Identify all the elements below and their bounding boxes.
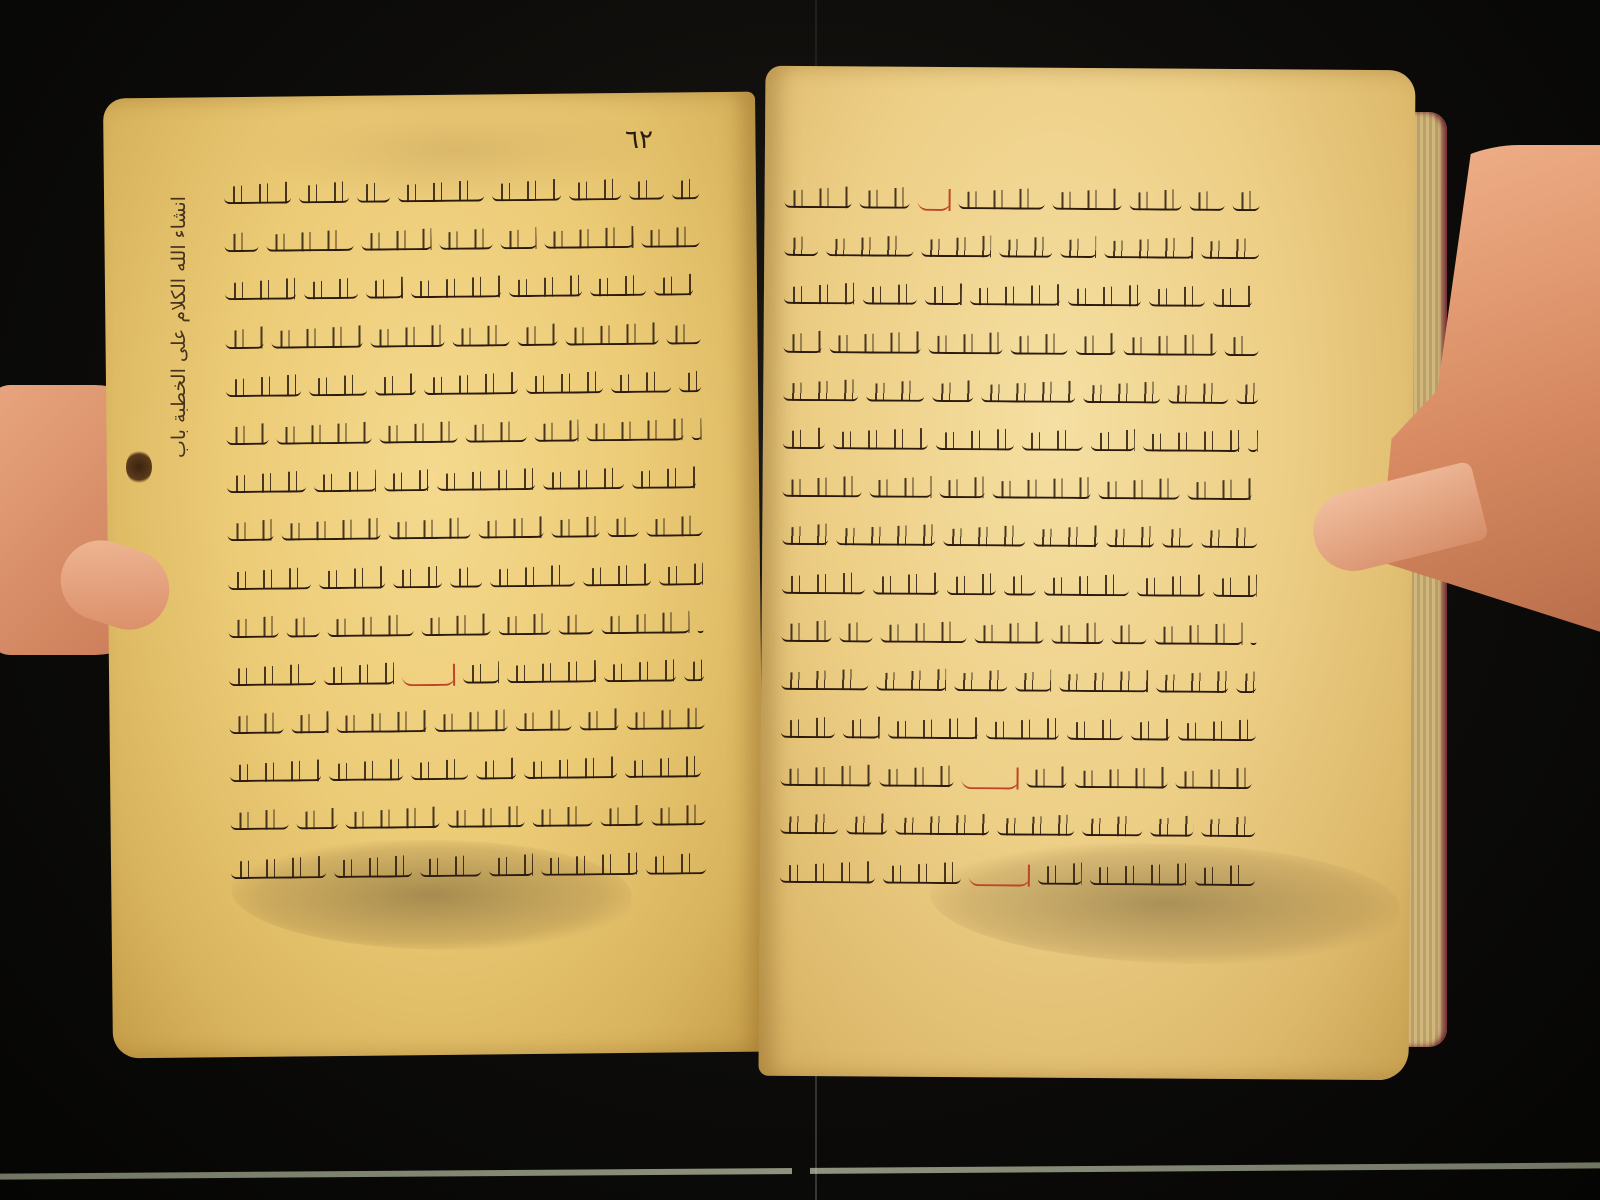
ink-word [830,337,921,354]
ink-word [826,240,913,257]
ink-word [1082,820,1142,836]
ink-word [286,621,319,637]
ink-word [888,723,978,740]
ink-word [1213,291,1252,307]
ink-word [375,379,416,395]
red-rubric-word [969,872,1030,886]
ink-word [227,525,273,541]
ink-blot [126,450,152,484]
ink-word [1068,290,1141,307]
ink-word [947,579,996,595]
manuscript-line [224,215,704,266]
ink-word [309,379,367,396]
manuscript-line [781,658,1261,707]
ink-word [314,476,376,493]
ink-word [551,522,599,539]
ink-word [1059,676,1148,693]
ink-word [398,185,484,202]
ink-word [463,667,499,683]
ink-word [626,713,704,730]
ink-word [329,765,403,782]
ink-word [1236,677,1256,693]
ink-word [936,434,1014,451]
ink-word [873,578,939,594]
ink-word [515,715,571,732]
ink-word [843,722,880,738]
manuscript-line [780,802,1260,851]
ink-word [324,668,394,685]
manuscript-line [226,360,706,411]
ink-word [1155,628,1243,645]
ink-word [929,337,1003,354]
right-page [758,66,1415,1081]
ink-word [384,475,429,491]
manuscript-line [227,504,707,555]
table-edge-gap [792,1160,810,1180]
ink-word [880,771,954,788]
ink-word [228,573,311,590]
ink-word [981,386,1075,403]
manuscript-line [229,649,709,700]
ink-word [583,569,651,586]
ink-word [296,813,337,829]
ink-word [534,425,578,441]
ink-word [781,770,872,787]
ink-word [507,666,596,683]
ink-word [1156,676,1228,693]
ink-word [679,376,701,392]
ink-word [229,669,316,686]
manuscript-line [229,697,709,748]
manuscript-line [782,465,1262,514]
ink-word [1106,531,1154,547]
ink-word [291,717,328,733]
ink-word [524,762,617,779]
ink-word [586,424,683,441]
folio-mark: ٦٢ [625,125,653,155]
ink-word [691,424,701,440]
ink-word [881,626,967,643]
ink-word [1201,532,1257,548]
ink-word [1026,772,1066,788]
ink-word [1190,195,1225,211]
ink-word [439,234,492,251]
ink-word [1225,340,1259,356]
ink-word [1053,194,1122,210]
ink-word [782,626,832,642]
ink-word [781,722,835,738]
ink-word [1104,242,1193,259]
ink-word [1150,821,1193,837]
manuscript-line [228,601,708,652]
red-rubric-word [918,197,951,211]
ink-word [226,380,301,397]
ink-word [558,618,593,634]
manuscript-line [780,850,1260,899]
ink-word [228,621,278,638]
ink-word [1251,629,1257,645]
ink-word [1004,579,1036,595]
ink-word [1162,532,1193,548]
ink-word [1099,483,1180,500]
ink-word [954,675,1007,691]
ink-word [940,482,985,498]
ink-word [447,812,524,829]
ink-word [1124,339,1217,356]
red-rubric-word [961,775,1018,789]
ink-word [876,674,946,690]
manuscript-line [225,264,705,315]
ink-word [420,860,481,877]
ink-word [379,427,457,444]
ink-word [1090,869,1187,886]
ink-word [1149,291,1205,307]
ink-word [993,482,1091,499]
ink-word [224,236,258,252]
ink-word [999,242,1052,258]
ink-word [1168,387,1228,403]
ink-word [543,473,624,490]
ink-word [276,428,371,445]
manuscript-line [783,320,1263,369]
ink-word [1015,675,1051,691]
ink-word [489,860,533,876]
ink-word [569,184,621,201]
ink-word [1060,242,1096,258]
ink-word [1143,435,1240,452]
ink-word [421,619,490,636]
ink-word [975,627,1044,643]
ink-word [452,330,509,347]
ink-word [424,378,518,395]
ink-word [781,674,868,691]
ink-word [895,819,989,836]
manuscript-line [784,272,1264,321]
ink-word [1178,725,1256,742]
ink-word [336,716,426,733]
manuscript-line [227,456,707,507]
ink-word [783,433,825,449]
manuscript-line [783,369,1263,418]
ink-word [986,723,1059,740]
ink-word [230,765,321,782]
ink-word [327,620,413,637]
ink-word [1175,773,1251,790]
ink-word [684,665,704,681]
ink-word [601,617,689,634]
ink-word [492,185,561,202]
ink-word [1233,195,1260,211]
ink-word [780,866,875,883]
ink-word [607,521,638,537]
ink-word [932,386,973,402]
ink-word [1067,724,1123,740]
ink-word [229,718,283,735]
ink-word [783,481,862,498]
ink-word [840,626,873,642]
ink-word [836,530,935,547]
left-text-block [224,167,712,895]
ink-word [970,290,1060,307]
ink-word [870,482,932,498]
ink-word [434,715,507,732]
ink-word [784,240,818,256]
ink-word [1038,868,1082,884]
ink-word [784,336,822,352]
ink-word [319,572,385,589]
ink-word [860,192,910,208]
ink-word [565,328,658,345]
ink-word [579,714,618,730]
manuscript-line [228,553,708,604]
ink-word [281,524,380,541]
ink-word [672,183,699,199]
ink-word [784,288,855,304]
ink-word [334,861,412,878]
ink-word [388,523,470,540]
ink-word [517,329,557,345]
ink-word [959,193,1045,210]
ink-word [345,812,439,829]
ink-word [997,820,1074,837]
ink-word [526,377,603,394]
manuscript-line [784,224,1264,273]
manuscript-line [225,312,705,363]
ink-word [224,187,291,204]
ink-word [611,376,671,393]
ink-word [225,332,263,348]
ink-word [411,764,468,781]
ink-word [1201,243,1259,259]
marginal-note: انشاء الله الكلام على الخطبة باب [168,128,208,458]
ink-word [646,520,702,537]
ink-word [304,283,358,300]
ink-word [532,811,592,828]
ink-word [490,570,575,587]
ink-word [846,819,887,835]
manuscript-line [782,561,1262,610]
ink-word [361,234,431,251]
ink-word [1091,435,1135,451]
ink-word [833,433,928,450]
ink-word [544,232,633,249]
ink-word [1236,388,1258,404]
manuscript-line [780,754,1260,803]
manuscript-line [781,610,1261,659]
ink-word [450,571,482,587]
ink-word [659,569,703,585]
ink-word [227,476,306,493]
ink-word [785,192,852,208]
manuscript-line [784,176,1264,225]
ink-word [863,289,917,305]
ink-word [625,761,701,778]
ink-word [498,618,550,635]
ink-word [1044,579,1129,596]
manuscript-line [230,745,710,796]
ink-word [780,818,838,834]
ink-word [782,577,865,594]
manuscript-line [226,408,706,459]
ink-word [629,184,664,200]
ink-word [1130,194,1182,210]
ink-word [1052,627,1104,643]
ink-word [437,474,535,491]
ink-word [1131,724,1170,740]
ink-word [299,187,349,204]
ink-word [231,862,326,879]
manuscript-line [231,842,711,893]
ink-word [604,665,676,682]
ink-word [476,763,516,779]
ink-word [925,289,962,305]
ink-word [1083,387,1160,404]
ink-word [782,529,828,545]
ink-word [1248,436,1258,452]
ink-word [943,530,1025,547]
ink-word [646,858,706,875]
ink-word [866,385,924,401]
ink-word [1011,338,1068,354]
ink-word [1074,772,1167,789]
ink-word [697,617,703,633]
ink-word [500,233,536,249]
ink-word [600,810,643,826]
ink-word [1195,869,1255,885]
manuscript-line [781,706,1261,755]
ink-word [1188,484,1252,500]
ink-word [393,571,442,588]
ink-word [366,283,403,299]
manuscript-line [224,167,704,218]
manuscript-line [230,794,710,845]
ink-word [921,241,991,257]
manuscript-line [783,417,1263,466]
ink-word [1022,434,1083,450]
ink-word [883,867,961,884]
ink-word [509,281,582,298]
ink-word [541,859,638,876]
right-text-block [780,176,1265,902]
ink-word [783,385,858,402]
ink-word [271,331,362,348]
ink-word [226,429,268,445]
ink-word [654,280,693,296]
ink-word [590,280,646,297]
ink-word [411,282,501,299]
ink-word [266,235,353,252]
ink-word [357,186,390,202]
ink-word [1112,628,1147,644]
ink-word [641,231,699,248]
ink-word [230,814,288,831]
ink-word [1033,531,1098,547]
ink-word [478,522,543,539]
ink-word [370,330,444,347]
ink-word [1213,580,1257,596]
ink-word [465,426,526,443]
ink-word [666,328,700,344]
ink-word [1137,580,1205,596]
manuscript-line [782,513,1262,562]
ink-word [225,284,296,301]
ink-word [1201,821,1255,837]
ink-word [632,472,696,489]
ink-word [1076,338,1116,354]
red-rubric-word [402,672,455,687]
ink-word [651,810,705,827]
